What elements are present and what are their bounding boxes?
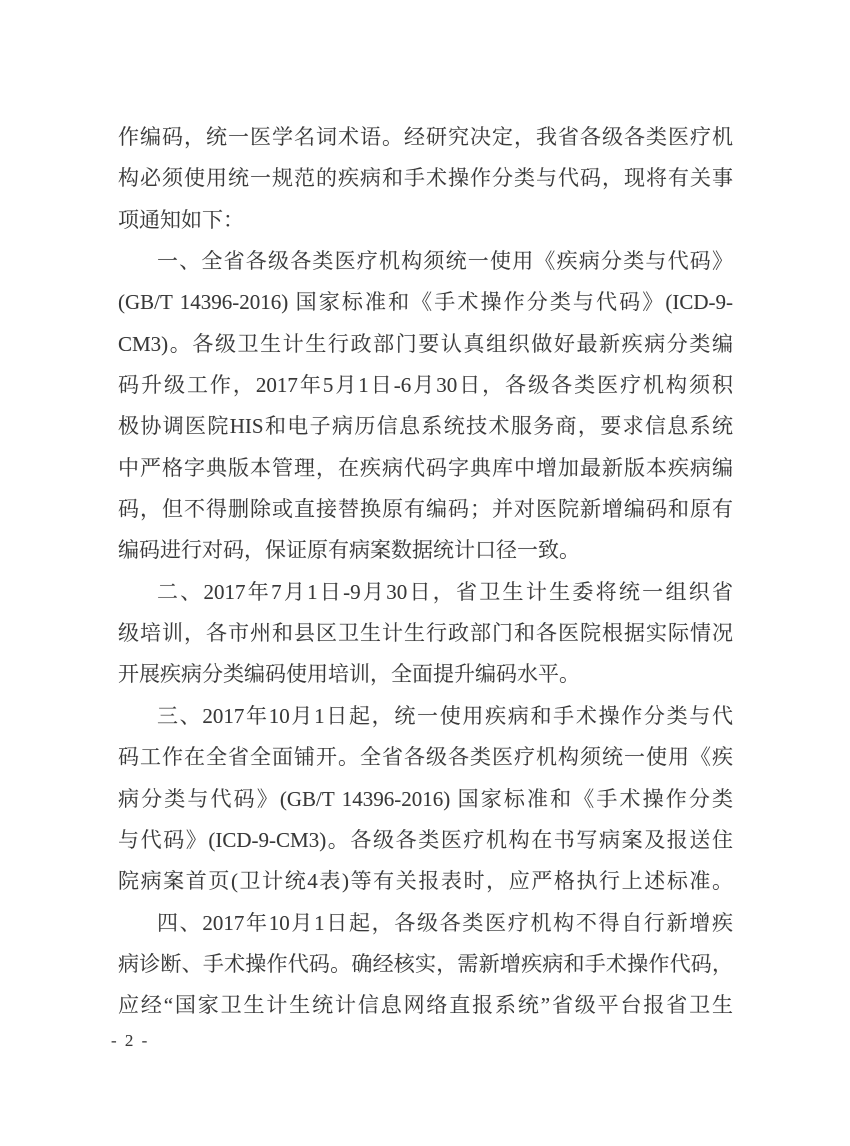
text-line: 与代码》(ICD-9-CM3)。各级各类医疗机构在书写病案及报送住 <box>118 820 733 861</box>
text-line: 三、2017年10月1日起，统一使用疾病和手术操作分类与代 <box>118 696 733 737</box>
text-line: 码，但不得删除或直接替换原有编码；并对医院新增编码和原有 <box>118 489 733 530</box>
text-line: 中严格字典版本管理，在疾病代码字典库中增加最新版本疾病编 <box>118 448 733 489</box>
body-text: 作编码，统一医学名词术语。经研究决定，我省各级各类医疗机构必须使用统一规范的疾病… <box>118 117 733 1027</box>
text-line: 码升级工作，2017年5月1日-6月30日，各级各类医疗机构须积 <box>118 365 733 406</box>
text-line: 二、2017年7月1日-9月30日，省卫生计生委将统一组织省 <box>118 572 733 613</box>
text-line: 病诊断、手术操作代码。确经核实，需新增疾病和手术操作代码， <box>118 944 733 985</box>
text-line: 应经“国家卫生计生统计信息网络直报系统”省级平台报省卫生 <box>118 985 733 1026</box>
text-line: (GB/T 14396-2016) 国家标准和《手术操作分类与代码》(ICD-9… <box>118 282 733 323</box>
text-line: 作编码，统一医学名词术语。经研究决定，我省各级各类医疗机 <box>118 117 733 158</box>
text-line: 院病案首页(卫计统4表)等有关报表时，应严格执行上述标准。 <box>118 861 733 902</box>
text-line: 级培训，各市州和县区卫生计生行政部门和各医院根据实际情况 <box>118 613 733 654</box>
text-line: 码工作在全省全面铺开。全省各级各类医疗机构须统一使用《疾 <box>118 737 733 778</box>
text-line: 编码进行对码，保证原有病案数据统计口径一致。 <box>118 530 733 571</box>
page-number: - 2 - <box>111 1029 149 1053</box>
text-line: 四、2017年10月1日起，各级各类医疗机构不得自行新增疾 <box>118 903 733 944</box>
text-line: CM3)。各级卫生计生行政部门要认真组织做好最新疾病分类编 <box>118 324 733 365</box>
text-line: 开展疾病分类编码使用培训，全面提升编码水平。 <box>118 654 733 695</box>
text-line: 极协调医院HIS和电子病历信息系统技术服务商，要求信息系统 <box>118 406 733 447</box>
text-line: 病分类与代码》(GB/T 14396-2016) 国家标准和《手术操作分类 <box>118 779 733 820</box>
text-line: 构必须使用统一规范的疾病和手术操作分类与代码，现将有关事 <box>118 158 733 199</box>
text-line: 一、全省各级各类医疗机构须统一使用《疾病分类与代码》 <box>118 241 733 282</box>
text-line: 项通知如下： <box>118 200 733 241</box>
document-page: 作编码，统一医学名词术语。经研究决定，我省各级各类医疗机构必须使用统一规范的疾病… <box>0 0 850 1146</box>
